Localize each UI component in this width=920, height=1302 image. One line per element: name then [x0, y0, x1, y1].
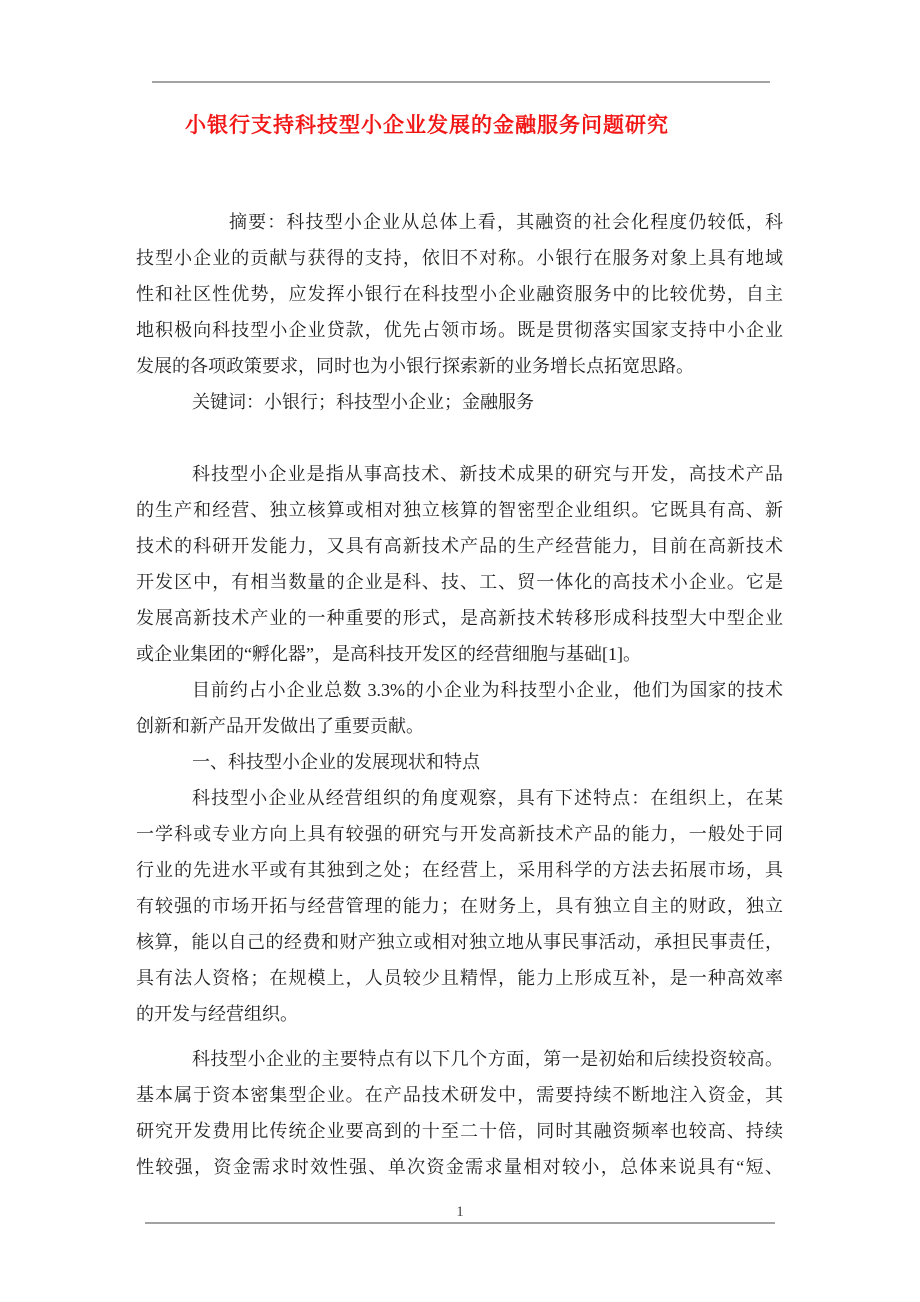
abstract-section: 摘要：科技型小企业从总体上看，其融资的社会化程度仍较低，科 技型小企业的贡献与获… — [136, 204, 783, 420]
text-line: 科技型小企业是指从事高技术、新技术成果的研究与开发，高技术产品 — [136, 456, 783, 492]
text-line: 具有法人资格；在规模上，人员较少且精悍，能力上形成互补，是一种高效率 — [136, 960, 783, 996]
text-line: 科技型小企业从经营组织的角度观察，具有下述特点：在组织上，在某 — [136, 780, 783, 816]
text-line: 行业的先进水平或有其独到之处；在经营上，采用科学的方法去拓展市场，具 — [136, 852, 783, 888]
paragraph: 目前约占小企业总数 3.3%的小企业为科技型小企业，他们为国家的技术 创新和新产… — [136, 672, 783, 744]
document-title: 小银行支持科技型小企业发展的金融服务问题研究 — [136, 109, 783, 139]
text-line: 技术的科研开发能力，又具有高新技术产品的生产经营能力，目前在高新技术 — [136, 528, 783, 564]
abstract-line: 摘要：科技型小企业从总体上看，其融资的社会化程度仍较低，科 — [136, 204, 783, 240]
text-line: 目前约占小企业总数 3.3%的小企业为科技型小企业，他们为国家的技术 — [136, 672, 783, 708]
paragraph: 科技型小企业是指从事高技术、新技术成果的研究与开发，高技术产品 的生产和经营、独… — [136, 456, 783, 672]
text-line: 的开发与经营组织。 — [136, 996, 783, 1032]
text-line: 或企业集团的“孵化器”，是高科技开发区的经营细胞与基础[1]。 — [136, 636, 783, 672]
body-section: 科技型小企业是指从事高技术、新技术成果的研究与开发，高技术产品 的生产和经营、独… — [136, 456, 783, 1185]
abstract-line: 地积极向科技型小企业贷款，优先占领市场。既是贯彻落实国家支持中小企业 — [136, 312, 783, 348]
paragraph: 科技型小企业的主要特点有以下几个方面，第一是初始和后续投资较高。 基本属于资本密… — [136, 1041, 783, 1185]
paragraph: 科技型小企业从经营组织的角度观察，具有下述特点：在组织上，在某 一学科或专业方向… — [136, 780, 783, 1032]
text-line: 发展高新技术产业的一种重要的形式，是高新技术转移形成科技型大中型企业 — [136, 600, 783, 636]
abstract-line: 发展的各项政策要求，同时也为小银行探索新的业务增长点拓宽思路。 — [136, 348, 783, 384]
abstract-line: 性和社区性优势，应发挥小银行在科技型小企业融资服务中的比较优势，自主 — [136, 276, 783, 312]
text-line: 创新和新产品开发做出了重要贡献。 — [136, 708, 783, 744]
text-line: 科技型小企业的主要特点有以下几个方面，第一是初始和后续投资较高。 — [136, 1041, 783, 1077]
page-number: 1 — [0, 1203, 920, 1221]
text-line: 开发区中，有相当数量的企业是科、技、工、贸一体化的高技术小企业。它是 — [136, 564, 783, 600]
document-page: 小银行支持科技型小企业发展的金融服务问题研究 摘要：科技型小企业从总体上看，其融… — [0, 0, 920, 1302]
header-rule — [152, 81, 770, 83]
text-line: 一学科或专业方向上具有较强的研究与开发高新技术产品的能力，一般处于同 — [136, 816, 783, 852]
text-line: 性较强，资金需求时效性强、单次资金需求量相对较小，总体来说具有“短、 — [136, 1149, 783, 1185]
footer-rule — [145, 1222, 775, 1224]
text-line: 核算，能以自己的经费和财产独立或相对独立地从事民事活动，承担民事责任， — [136, 924, 783, 960]
text-line: 有较强的市场开拓与经营管理的能力；在财务上，具有独立自主的财政，独立 — [136, 888, 783, 924]
text-line: 研究开发费用比传统企业要高到的十至二十倍，同时其融资频率也较高、持续 — [136, 1113, 783, 1149]
text-line: 基本属于资本密集型企业。在产品技术研发中，需要持续不断地注入资金，其 — [136, 1077, 783, 1113]
section-heading: 一、科技型小企业的发展现状和特点 — [136, 744, 783, 780]
text-line: 的生产和经营、独立核算或相对独立核算的智密型企业组织。它既具有高、新 — [136, 492, 783, 528]
keywords-line: 关键词：小银行；科技型小企业；金融服务 — [136, 384, 783, 420]
abstract-line: 技型小企业的贡献与获得的支持，依旧不对称。小银行在服务对象上具有地域 — [136, 240, 783, 276]
